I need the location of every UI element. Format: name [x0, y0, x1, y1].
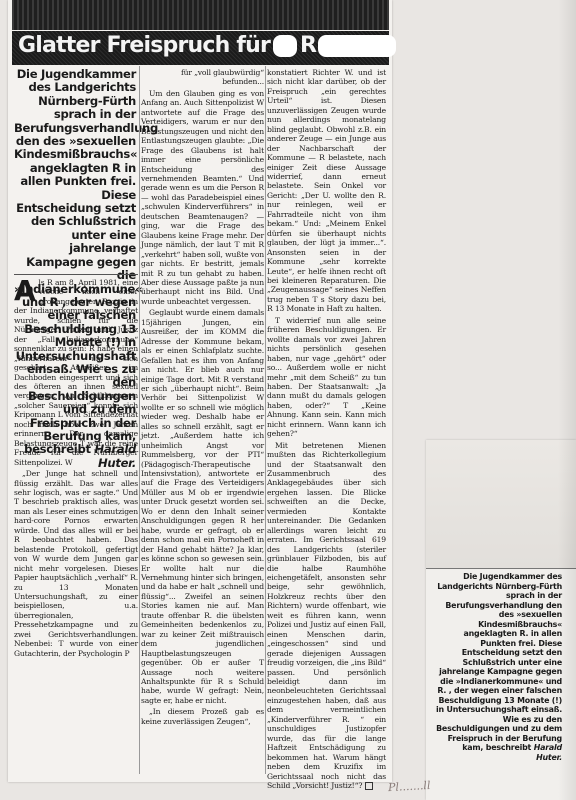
- paragraph-text: ls R am 8. April 1981, eine Woche nach e…: [14, 278, 138, 467]
- article-paragraph: für „voll glaubwürdig“ befunden...: [141, 68, 264, 87]
- article-paragraph: „Der Junge hat schnell und flüssig erzäh…: [14, 469, 138, 658]
- article-column-2: für „voll glaubwürdig“ befunden... Um de…: [141, 68, 264, 728]
- article-column-1: Als R am 8. April 1981, eine Woche nach …: [14, 278, 138, 660]
- article-paragraph: Mit betretenen Mienen mußten das Richter…: [267, 441, 386, 791]
- redaction-mark: [318, 35, 396, 57]
- handwritten-note: Pl.......ll: [388, 779, 431, 794]
- redaction-mark: [273, 35, 297, 57]
- second-clipping-lead: Die Jugendkammer des Landgerichts Nürnbe…: [434, 572, 562, 762]
- paragraph-text: Mit betretenen Mienen mußten das Richter…: [267, 441, 386, 790]
- headline-text: Glatter Freispruch für: [18, 33, 270, 58]
- drop-cap: A: [14, 279, 36, 303]
- lead-text: Die Jugendkammer des Landgerichts Nürnbe…: [436, 572, 562, 752]
- scan-shadow: [558, 0, 576, 800]
- paper-curl: [426, 440, 576, 569]
- headline: Glatter Freispruch fürR: [18, 33, 396, 58]
- end-mark-icon: [365, 782, 373, 790]
- section-banner: [12, 0, 389, 30]
- article-paragraph: „In diesem Prozeß gab es keine zuverläss…: [141, 707, 264, 726]
- article-column-3: konstatiert Richter W. und ist sich nich…: [267, 68, 386, 792]
- article-paragraph: Geglaubt wurde einem damals 15jährigen J…: [141, 308, 264, 705]
- headline-initial: R: [300, 33, 316, 58]
- article-paragraph: konstatiert Richter W. und ist sich nich…: [267, 68, 386, 314]
- column-divider: [139, 66, 140, 774]
- article-paragraph: T widerrief nun alle seine früheren Besc…: [267, 316, 386, 439]
- article-paragraph: Um den Glauben ging es von Anfang an. Au…: [141, 89, 264, 306]
- article-paragraph: Als R am 8. April 1981, eine Woche nach …: [14, 278, 138, 467]
- column-divider: [265, 66, 266, 774]
